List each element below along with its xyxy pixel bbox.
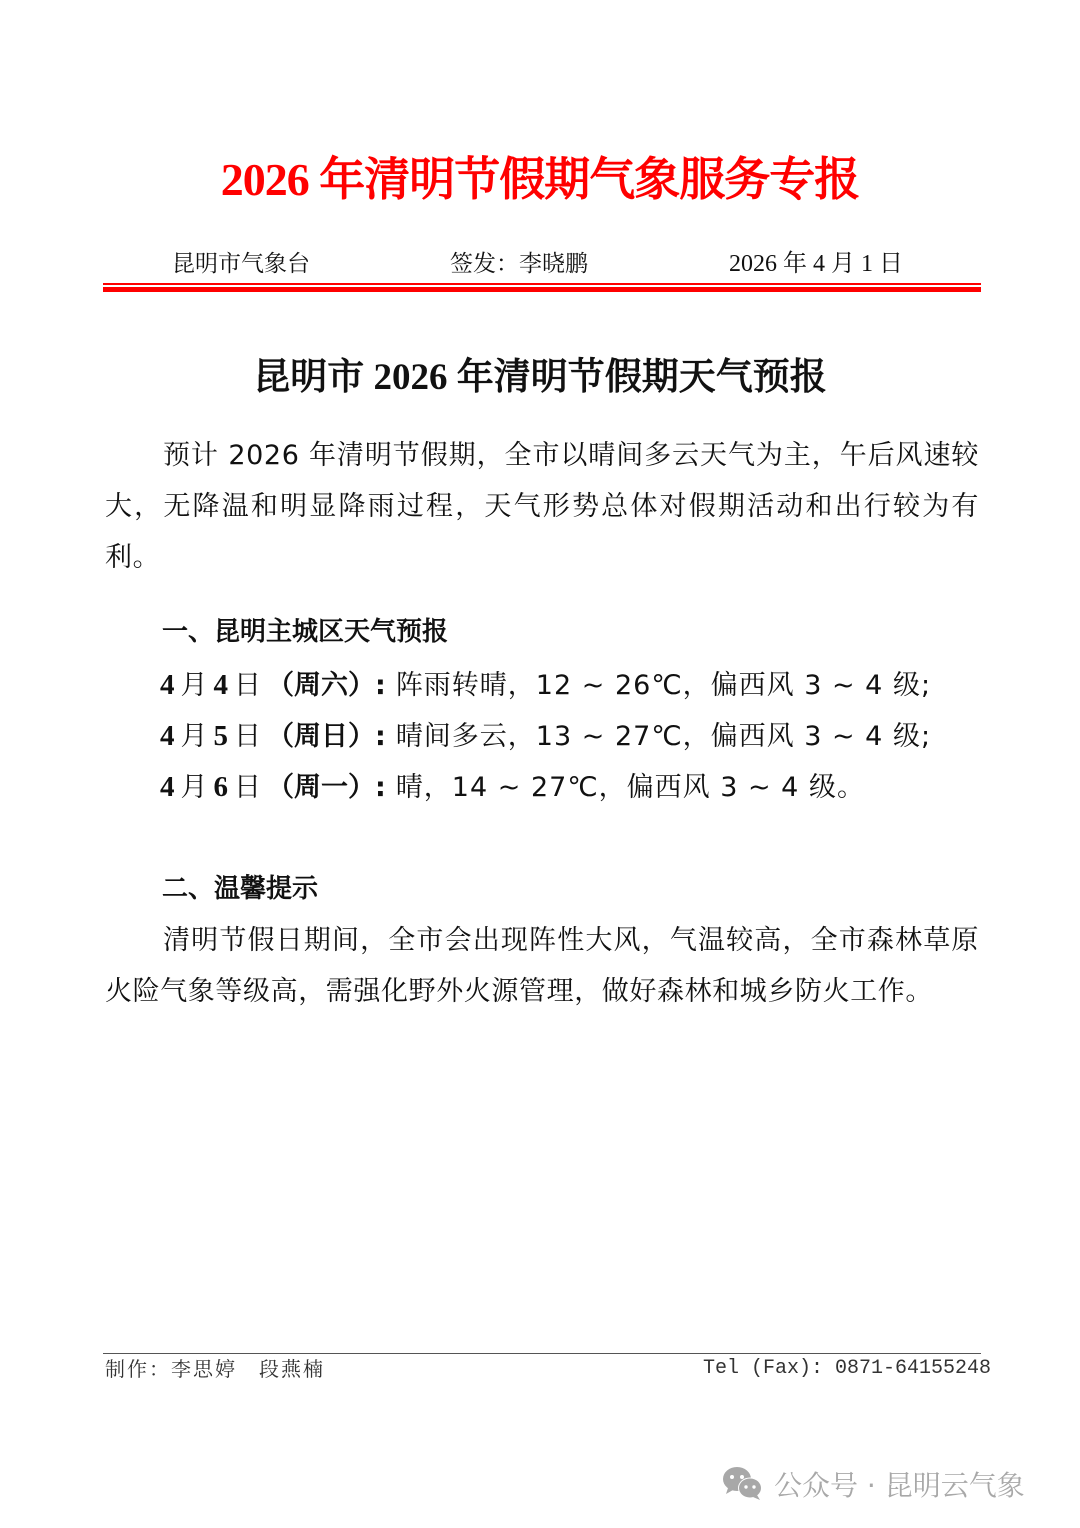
wechat-icon	[722, 1466, 764, 1502]
signer: 签发：李晓鹏	[450, 248, 588, 280]
month-unit: 月	[175, 721, 214, 752]
forecast-month: 4	[160, 669, 175, 701]
section-heading-tips: 二、温馨提示	[162, 869, 318, 909]
forecast-row: 4月4日（周六）:阵雨转晴，12 ~ 26℃，偏西风 3 ~ 4 级;	[160, 660, 980, 711]
tips-paragraph: 清明节假日期间，全市会出现阵性大风，气温较高，全市森林草原火险气象等级高，需强化…	[105, 915, 979, 1017]
forecast-month: 4	[160, 771, 175, 803]
forecast-weather: 晴间多云，13 ~ 27℃，偏西风 3 ~ 4 级;	[396, 721, 931, 752]
intro-paragraph: 预计 2026 年清明节假期，全市以晴间多云天气为主，午后风速较大，无降温和明显…	[105, 430, 979, 583]
forecast-list: 4月4日（周六）:阵雨转晴，12 ~ 26℃，偏西风 3 ~ 4 级; 4月5日…	[160, 660, 980, 813]
forecast-row: 4月6日（周一）:晴，14 ~ 27℃，偏西风 3 ~ 4 级。	[160, 762, 980, 813]
forecast-row: 4月5日（周日）:晴间多云，13 ~ 27℃，偏西风 3 ~ 4 级;	[160, 711, 980, 762]
forecast-day: 6	[214, 771, 229, 803]
forecast-weekday: （周六）:	[267, 670, 386, 701]
month-unit: 月	[175, 670, 214, 701]
producers: 制作：李思婷 段燕楠	[105, 1355, 325, 1383]
forecast-weekday: （周日）:	[267, 721, 386, 752]
forecast-weather: 阵雨转晴，12 ~ 26℃，偏西风 3 ~ 4 级;	[396, 670, 931, 701]
watermark-text: 公众号 · 昆明云气象	[774, 1464, 1025, 1504]
day-unit: 日	[228, 670, 267, 701]
issue-date: 2026 年 4 月 1 日	[729, 248, 903, 280]
section-heading-forecast: 一、昆明主城区天气预报	[162, 612, 448, 652]
day-unit: 日	[228, 721, 267, 752]
forecast-weather: 晴，14 ~ 27℃，偏西风 3 ~ 4 级。	[396, 772, 865, 803]
contact-phone: Tel (Fax): 0871-64155248	[703, 1355, 991, 1383]
forecast-weekday: （周一）:	[267, 772, 386, 803]
issuing-organization: 昆明市气象台	[172, 248, 310, 280]
report-title: 2026 年清明节假期气象服务专报	[0, 150, 1080, 210]
wechat-watermark: 公众号 · 昆明云气象	[722, 1462, 1025, 1506]
forecast-month: 4	[160, 720, 175, 752]
report-meta: 昆明市气象台 签发：李晓鹏 2026 年 4 月 1 日	[0, 248, 1080, 280]
header-divider-thin	[103, 283, 981, 285]
document-heading: 昆明市 2026 年清明节假期天气预报	[0, 352, 1080, 404]
month-unit: 月	[175, 772, 214, 803]
forecast-day: 4	[214, 669, 229, 701]
day-unit: 日	[228, 772, 267, 803]
header-divider-thick	[103, 287, 981, 292]
footer-divider	[103, 1353, 981, 1354]
forecast-day: 5	[214, 720, 229, 752]
